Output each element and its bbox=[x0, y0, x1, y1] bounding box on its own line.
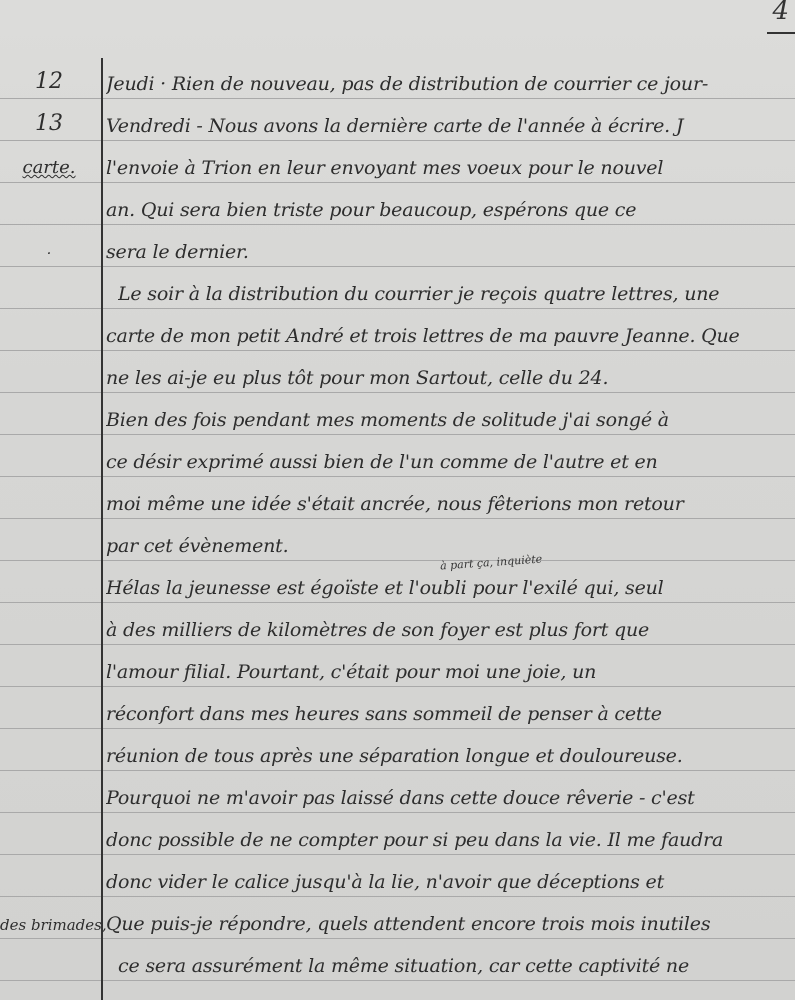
line-20: des brimades, Que puis-je répondre, quel… bbox=[0, 896, 795, 938]
line-15: réconfort dans mes heures sans sommeil d… bbox=[0, 686, 795, 728]
line-9: ce désir exprimé aussi bien de l'un comm… bbox=[0, 434, 795, 476]
margin-mark: · bbox=[0, 246, 98, 262]
line-text: donc vider le calice jusqu'à la lie, n'a… bbox=[106, 871, 795, 893]
line-text: l'envoie à Trion en leur envoyant mes vo… bbox=[106, 157, 795, 179]
line-10: moi même une idée s'était ancrée, nous f… bbox=[0, 476, 795, 518]
line-text: sera le dernier. bbox=[106, 241, 795, 263]
line-3: an. Qui sera bien triste pour beaucoup, … bbox=[0, 182, 795, 224]
line-text: Bien des fois pendant mes moments de sol… bbox=[106, 409, 795, 431]
margin-note-brimades: des brimades, bbox=[0, 916, 98, 934]
line-text: Pourquoi ne m'avoir pas laissé dans cett… bbox=[106, 787, 795, 809]
line-13: à des milliers de kilomètres de son foye… bbox=[0, 602, 795, 644]
line-text: moi même une idée s'était ancrée, nous f… bbox=[106, 493, 795, 515]
line-17: Pourquoi ne m'avoir pas laissé dans cett… bbox=[0, 770, 795, 812]
line-text: réunion de tous après une séparation lon… bbox=[106, 745, 795, 767]
diary-page: 4 12 Jeudi · Rien de nouveau, pas de dis… bbox=[0, 0, 795, 1000]
line-7: ne les ai-je eu plus tôt pour mon Sartou… bbox=[0, 350, 795, 392]
line-4: · sera le dernier. bbox=[0, 224, 795, 266]
margin-date-12: 12 bbox=[0, 69, 98, 94]
line-text: ne les ai-je eu plus tôt pour mon Sartou… bbox=[106, 367, 795, 389]
line-18: donc possible de ne compter pour si peu … bbox=[0, 812, 795, 854]
line-text: réconfort dans mes heures sans sommeil d… bbox=[106, 703, 795, 725]
line-14: l'amour filial. Pourtant, c'était pour m… bbox=[0, 644, 795, 686]
line-11: par cet évènement. bbox=[0, 518, 795, 560]
line-2: carte. l'envoie à Trion en leur envoyant… bbox=[0, 140, 795, 182]
line-12: Hélas la jeunesse est égoïste et l'oubli… bbox=[0, 560, 795, 602]
line-text: à des milliers de kilomètres de son foye… bbox=[106, 619, 795, 641]
line-text: Hélas la jeunesse est égoïste et l'oubli… bbox=[106, 577, 795, 599]
line-6: carte de mon petit André et trois lettre… bbox=[0, 308, 795, 350]
margin-date-13: 13 bbox=[0, 111, 98, 136]
line-text: carte de mon petit André et trois lettre… bbox=[106, 325, 795, 347]
ruled-line bbox=[0, 980, 795, 981]
margin-note-carte: carte. bbox=[0, 157, 98, 178]
line-text: Jeudi · Rien de nouveau, pas de distribu… bbox=[106, 73, 795, 95]
line-text: par cet évènement. bbox=[106, 535, 795, 557]
line-16: réunion de tous après une séparation lon… bbox=[0, 728, 795, 770]
line-text: donc possible de ne compter pour si peu … bbox=[106, 829, 795, 851]
page-number: 4 bbox=[772, 0, 789, 26]
line-text: Vendredi - Nous avons la dernière carte … bbox=[106, 115, 795, 137]
page-number-underline bbox=[767, 32, 795, 34]
line-0: 12 Jeudi · Rien de nouveau, pas de distr… bbox=[0, 56, 795, 98]
line-text: ce sera assurément la même situation, ca… bbox=[118, 955, 795, 977]
line-text: Le soir à la distribution du courrier je… bbox=[118, 283, 795, 305]
line-21: ce sera assurément la même situation, ca… bbox=[0, 938, 795, 980]
line-text: Que puis-je répondre, quels attendent en… bbox=[106, 913, 795, 935]
line-5: Le soir à la distribution du courrier je… bbox=[0, 266, 795, 308]
line-1: 13 Vendredi - Nous avons la dernière car… bbox=[0, 98, 795, 140]
line-19: donc vider le calice jusqu'à la lie, n'a… bbox=[0, 854, 795, 896]
line-text: l'amour filial. Pourtant, c'était pour m… bbox=[106, 661, 795, 683]
line-text: an. Qui sera bien triste pour beaucoup, … bbox=[106, 199, 795, 221]
line-8: Bien des fois pendant mes moments de sol… bbox=[0, 392, 795, 434]
line-text: ce désir exprimé aussi bien de l'un comm… bbox=[106, 451, 795, 473]
